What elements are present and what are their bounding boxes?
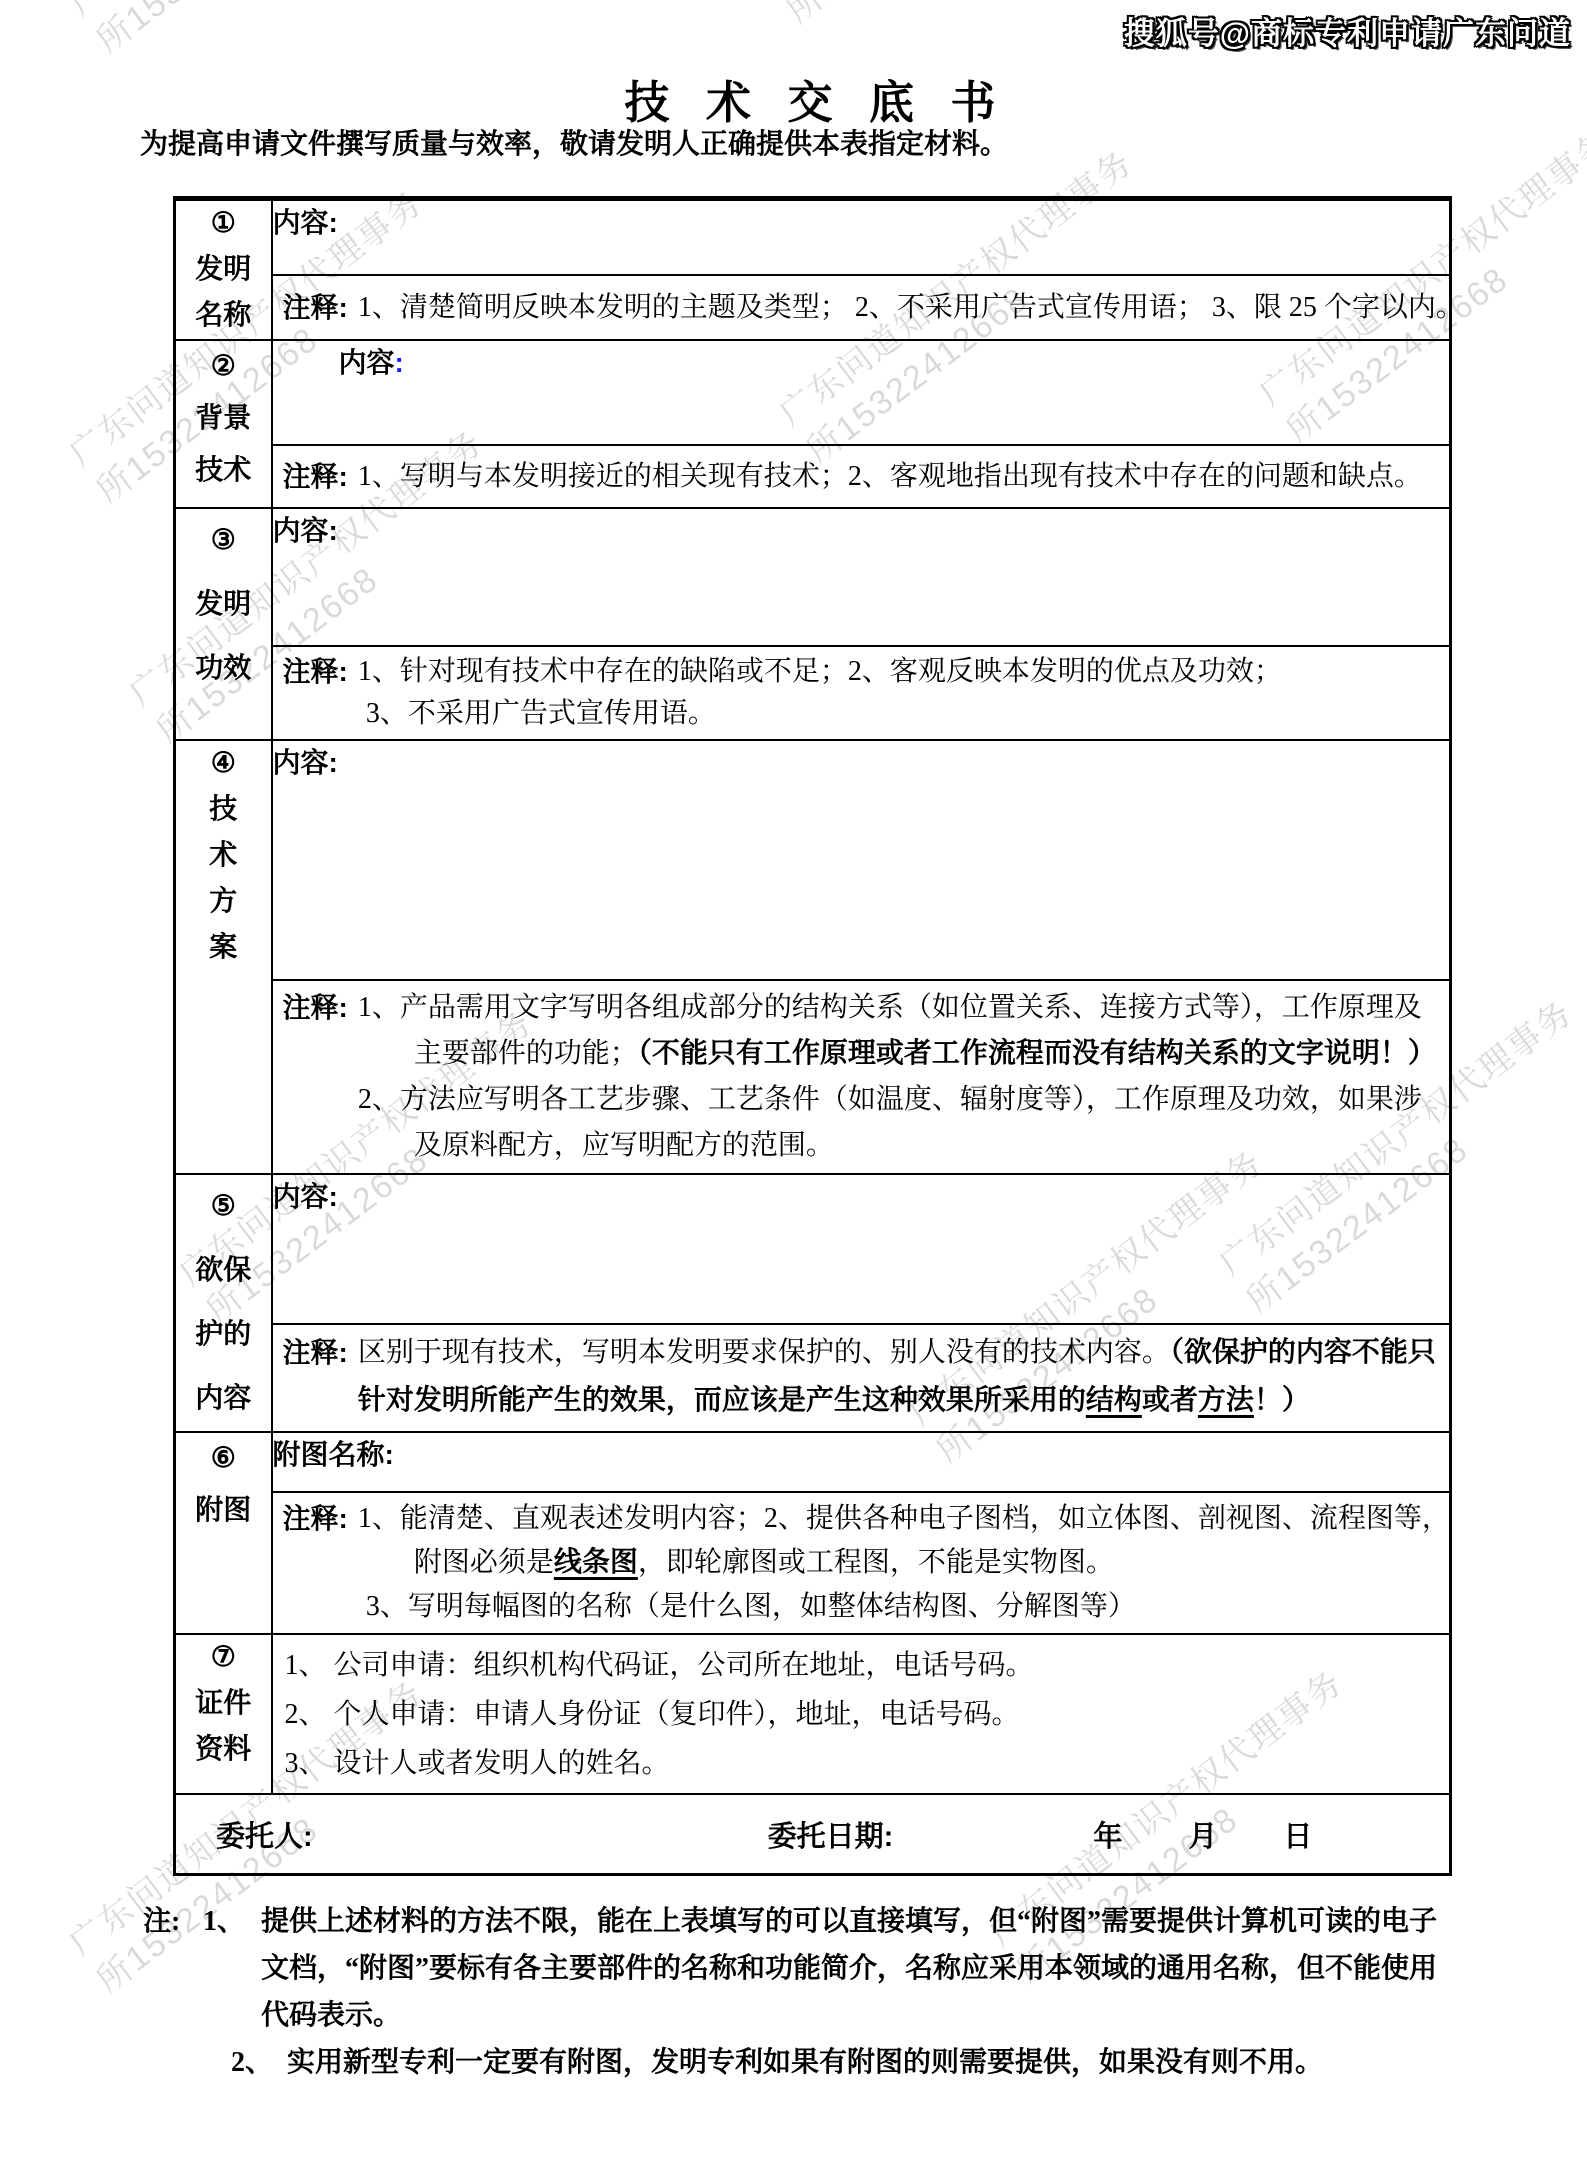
row5-note-cell: 注释: 区别于现有技术，写明本发明要求保护的、别人没有的技术内容。（欲保护的内容…	[272, 1324, 1451, 1432]
note-text: 1、写明与本发明接近的相关现有技术；2、客观地指出现有技术中存在的问题和缺点。	[358, 455, 1441, 499]
footnote-number: 1、	[203, 1898, 261, 1945]
note-text: 2、方法应写明各工艺步骤、工艺条件（如温度、辐射度等），工作原理及功效，如果涉	[358, 1077, 1441, 1123]
note-text: 1、清楚简明反映本发明的主题及类型； 2、不采用广告式宣传用语； 3、限 25 …	[358, 286, 1441, 330]
note-text: 1、能清楚、直观表述发明内容；2、提供各种电子图档，如立体图、剖视图、流程图等，	[358, 1497, 1441, 1541]
row1-content-cell: 内容:	[272, 199, 1451, 276]
watermark-line2: 所15322412668	[778, 0, 1151, 33]
row1-note-cell: 注释: 1、清楚简明反映本发明的主题及类型； 2、不采用广告式宣传用语； 3、限…	[272, 275, 1451, 340]
row3-content-cell: 内容:	[272, 508, 1451, 646]
figure-name-label: 附图名称:	[273, 1439, 394, 1470]
note-text: 针对发明所能产生的效果，而应该是产生这种效果所采用的结构或者方法！）	[358, 1377, 1441, 1425]
row2-label: ② 背景 技术	[175, 340, 272, 508]
note-label: 注释:	[283, 651, 348, 693]
footnotes: 注: 1、 提供上述材料的方法不限，能在上表填写的可以直接填写，但“附图”需要提…	[143, 1898, 1459, 2086]
document-page: 广东问道知识产权代理事务所15322412668 广东问道知识产权代理事务所15…	[0, 0, 1587, 2166]
footnote-line: 实用新型专利一定要有附图，发明专利如果有附图的则需要提供，如果没有则不用。	[287, 2039, 1459, 2086]
watermark: 广东问道知识产权代理事务所15322412668	[60, 0, 460, 63]
note-label: 注释:	[283, 1497, 348, 1541]
row5-content-cell: 内容:	[272, 1174, 1451, 1324]
content-label: 内容:	[273, 747, 338, 778]
footnote-line: 代码表示。	[261, 1992, 1459, 2039]
content-label: 内容:	[273, 207, 338, 238]
signature-row: 委托人: 委托日期: 年 月 日	[175, 1794, 1451, 1875]
watermark: 广东问道知识产权代理事务所15322412668	[1160, 0, 1560, 3]
row6-label: ⑥ 附图	[175, 1432, 272, 1634]
document-item: 3、 设计人或者发明人的姓名。	[285, 1739, 1450, 1788]
row6-note-cell: 注释: 1、能清楚、直观表述发明内容；2、提供各种电子图档，如立体图、剖视图、流…	[272, 1492, 1451, 1634]
disclosure-table: ① 发明 名称 内容: 注释: 1、清楚简明反映本发明的主题及类型； 2、不采用…	[173, 196, 1452, 1876]
sohu-account-badge: 搜狐号@商标专利申请广东问道	[1124, 8, 1571, 53]
footnote-text: 实用新型专利一定要有附图，发明专利如果有附图的则需要提供，如果没有则不用。	[287, 2039, 1459, 2086]
content-label: 内容:	[339, 347, 404, 378]
footnote-text: 提供上述材料的方法不限，能在上表填写的可以直接填写，但“附图”需要提供计算机可读…	[261, 1898, 1459, 2039]
document-item: 2、 个人申请：申请人身份证（复印件），地址，电话号码。	[285, 1690, 1450, 1739]
day-label: 日	[1283, 1814, 1312, 1855]
row5-label: ⑤ 欲保 护的 内容	[175, 1174, 272, 1432]
note-text: 3、不采用广告式宣传用语。	[358, 693, 1441, 735]
row2-note-cell: 注释: 1、写明与本发明接近的相关现有技术；2、客观地指出现有技术中存在的问题和…	[272, 445, 1451, 508]
watermark-line2: 所15322412668	[88, 0, 461, 63]
client-label: 委托人:	[216, 1814, 313, 1855]
note-text: 3、写明每幅图的名称（是什么图，如整体结构图、分解图等）	[358, 1585, 1441, 1629]
footnote-line: 文档，“附图”要标有各主要部件的名称和功能简介，名称应采用本领域的通用名称，但不…	[261, 1945, 1459, 1992]
footnote-label: 注:	[143, 1898, 203, 1945]
note-text: 1、产品需用文字写明各组成部分的结构关系（如位置关系、连接方式等），工作原理及	[358, 985, 1441, 1031]
note-text: 1、针对现有技术中存在的缺陷或不足；2、客观反映本发明的优点及功效；	[358, 651, 1441, 693]
note-text: 及原料配方，应写明配方的范围。	[358, 1123, 1441, 1169]
note-text: 区别于现有技术，写明本发明要求保护的、别人没有的技术内容。（欲保护的内容不能只	[358, 1329, 1441, 1377]
date-label: 委托日期:	[768, 1814, 894, 1855]
row3-label: ③ 发明 功效	[175, 508, 272, 740]
footnote-line: 提供上述材料的方法不限，能在上表填写的可以直接填写，但“附图”需要提供计算机可读…	[261, 1898, 1459, 1945]
footnote-number: 2、	[231, 2039, 287, 2086]
content-label: 内容:	[273, 515, 338, 546]
watermark-line1: 广东问道知识产权代理事务	[60, 0, 433, 27]
page-subtitle: 为提高申请文件撰写质量与效率，敬请发明人正确提供本表指定材料。	[140, 122, 1008, 162]
document-item: 1、 公司申请：组织机构代码证，公司所在地址，电话号码。	[285, 1641, 1450, 1690]
row3-note-cell: 注释: 1、针对现有技术中存在的缺陷或不足；2、客观反映本发明的优点及功效； 3…	[272, 646, 1451, 740]
watermark: 广东问道知识产权代理事务所15322412668	[750, 0, 1150, 33]
row1-label: ① 发明 名称	[175, 199, 272, 341]
note-text: 主要部件的功能；（不能只有工作原理或者工作流程而没有结构关系的文字说明！）	[358, 1031, 1441, 1077]
row7-items-cell: 1、 公司申请：组织机构代码证，公司所在地址，电话号码。 2、 个人申请：申请人…	[272, 1634, 1451, 1794]
content-label: 内容:	[273, 1181, 338, 1212]
row4-content-cell: 内容:	[272, 740, 1451, 980]
row4-note-cell: 注释: 1、产品需用文字写明各组成部分的结构关系（如位置关系、连接方式等），工作…	[272, 980, 1451, 1174]
month-label: 月	[1188, 1814, 1217, 1855]
watermark-line2: 所15322412668	[1188, 0, 1561, 3]
row6-content-cell: 附图名称:	[272, 1432, 1451, 1492]
note-label: 注释:	[283, 286, 348, 330]
note-text: 附图必须是线条图，即轮廓图或工程图，不能是实物图。	[358, 1541, 1441, 1585]
note-label: 注释:	[283, 1329, 348, 1377]
row7-label: ⑦ 证件 资料	[175, 1634, 272, 1794]
year-label: 年	[1093, 1814, 1122, 1855]
row2-content-cell: 内容:	[272, 340, 1451, 445]
note-label: 注释:	[283, 985, 348, 1031]
row4-label: ④ 技 术 方 案	[175, 740, 272, 1174]
note-label: 注释:	[283, 455, 348, 499]
